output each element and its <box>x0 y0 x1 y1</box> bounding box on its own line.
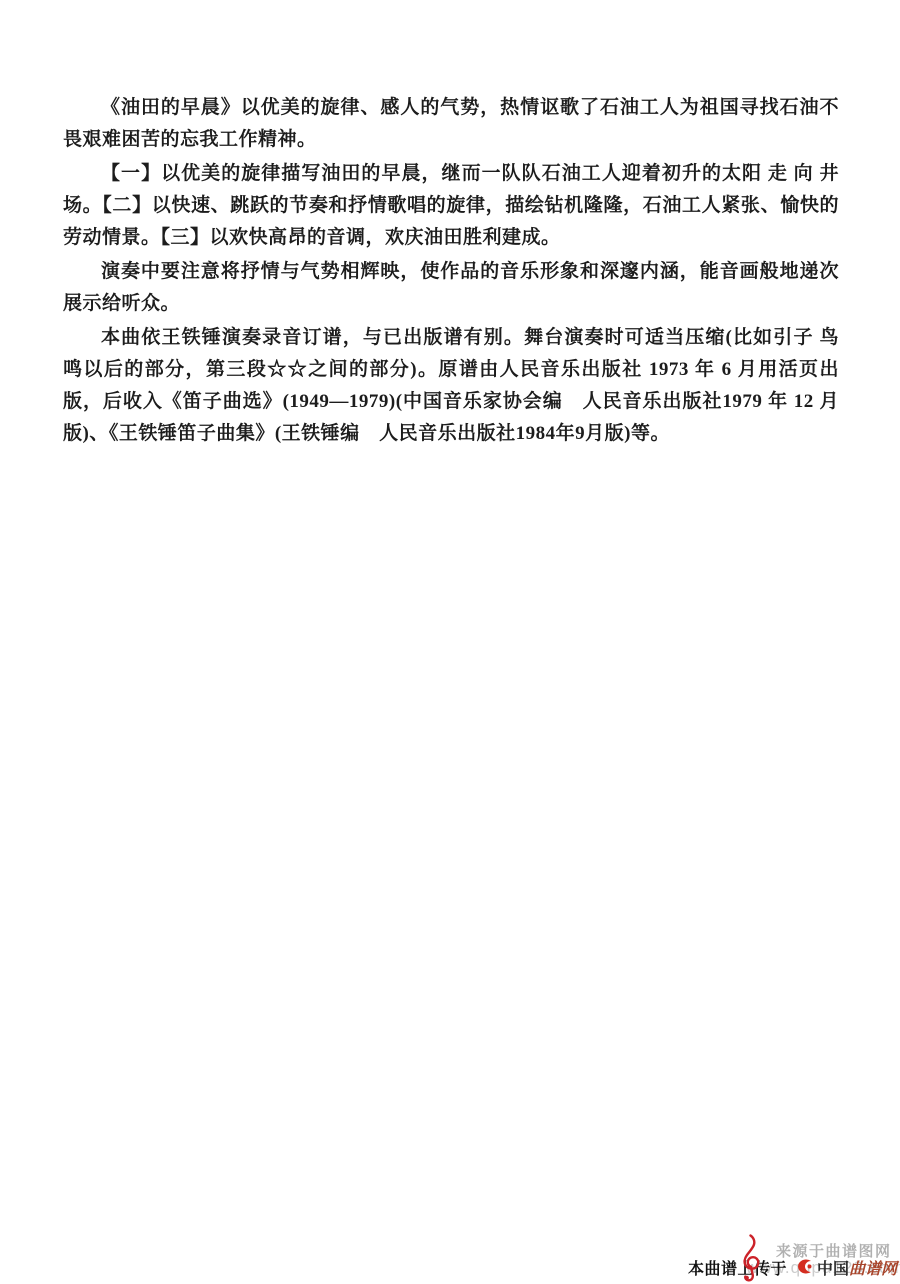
site-name-brand: 曲谱网 <box>849 1261 897 1278</box>
document-text: 《油田的早晨》以优美的旋律、感人的气势，热情讴歌了石油工人为祖国寻找石油不畏艰难… <box>63 92 839 452</box>
paragraph-intro: 《油田的早晨》以优美的旋律、感人的气势，热情讴歌了石油工人为祖国寻找石油不畏艰难… <box>63 92 839 156</box>
paragraph-publication-note: 本曲依王铁锤演奏录音订谱，与已出版谱有别。舞台演奏时可适当压缩(比如引子 鸟 鸣… <box>63 322 839 450</box>
treble-clef-icon <box>737 1234 764 1284</box>
site-logo-icon <box>794 1258 814 1280</box>
paragraph-performance-note: 演奏中要注意将抒情与气势相辉映，使作品的音乐形象和深邃内涵，能音画般地递次展示给… <box>63 256 839 320</box>
site-name: 中国曲谱网 <box>817 1256 897 1279</box>
site-name-prefix: 中国 <box>817 1261 849 1278</box>
paragraph-sections: 【一】以优美的旋律描写油田的早晨，继而一队队石油工人迎着初升的太阳 走 向 井 … <box>63 158 839 254</box>
scanned-page: 《油田的早晨》以优美的旋律、感人的气势，热情讴歌了石油工人为祖国寻找石油不畏艰难… <box>0 0 900 1284</box>
